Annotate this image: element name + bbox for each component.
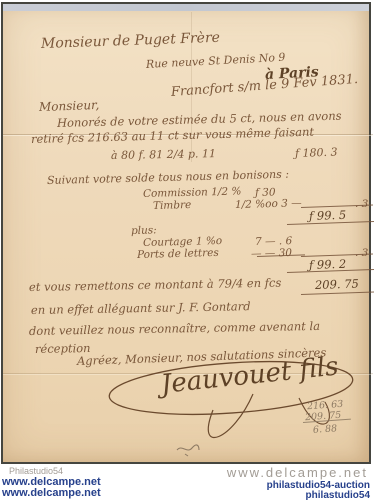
ink-rule — [287, 221, 374, 225]
recipient-line: Monsieur de Puget Frère — [41, 31, 220, 51]
ports-label: Ports de lettres — [137, 248, 219, 261]
watermark-studio-left: Philastudio54 — [9, 467, 63, 476]
ack-line-1: dont veuillez nous reconnaître, comme av… — [29, 321, 320, 338]
pencil-squiggle — [175, 442, 201, 458]
letter-photo: Monsieur de Puget Frère Rue neuve St Den… — [1, 2, 371, 464]
ink-rule — [301, 291, 374, 295]
watermark-studio-right: philastudio54 — [306, 491, 370, 500]
body-line-3: à 80 f. 81 2/4 p. 11 — [111, 148, 216, 161]
remit-line: et vous remettons ce montant à 79/4 en f… — [29, 278, 282, 294]
amount-line-3: ƒ 180. 3 — [295, 147, 338, 159]
watermark-url-left-2: www.delcampe.net — [2, 488, 101, 499]
timbre-value: 1/2 %oo 3 — — [235, 198, 302, 210]
plus-label: plus: — [131, 225, 157, 236]
timbre-label: Timbre — [153, 200, 192, 211]
photo-top-strip — [3, 4, 369, 11]
effect-line: en un effet alléguant sur J. F. Gontard — [31, 301, 251, 316]
ports-value: — — 30 — [251, 248, 292, 260]
subtotal-1: ƒ 99. 5 — [309, 210, 347, 223]
remit-amount: 209. 75 — [315, 278, 359, 291]
salutation: Monsieur, — [39, 99, 100, 113]
commission-amount: ƒ 30 — [255, 187, 276, 198]
commission-label: Commission 1/2 % — [143, 186, 242, 199]
pencil-total-3: 6. 88 — [313, 424, 338, 435]
watermark-url-right: www.delcampe.net — [227, 466, 368, 479]
courtage-amount: 7 — . 6 — [255, 236, 292, 247]
deduction-intro: Suivant votre solde tous nous en bonison… — [47, 169, 289, 186]
page: Monsieur de Puget Frère Rue neuve St Den… — [0, 0, 374, 500]
ink-rule — [287, 269, 374, 273]
